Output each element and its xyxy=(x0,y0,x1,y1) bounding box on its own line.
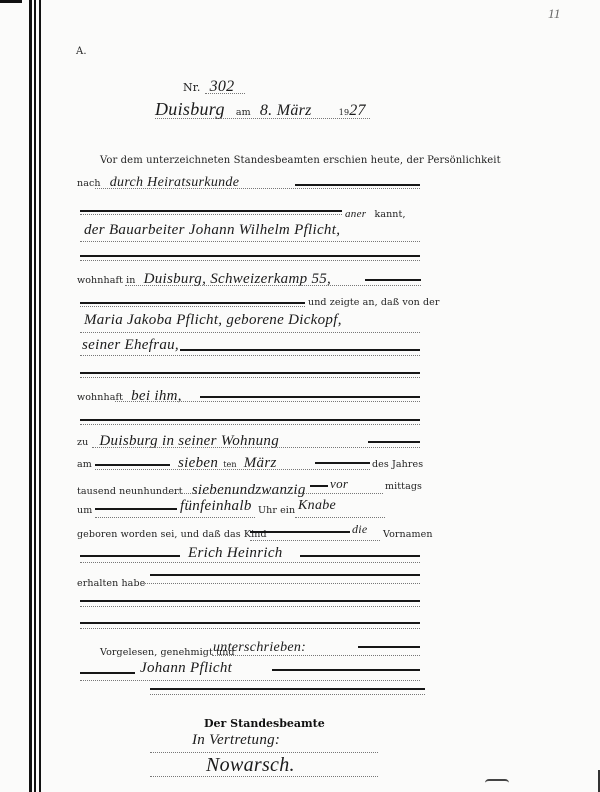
vertretung-dotline xyxy=(150,752,378,753)
year-suffix: 27 xyxy=(349,102,366,119)
sig-strike-bottom xyxy=(150,688,425,690)
names-dotline xyxy=(80,562,420,563)
sig-dotline-bottom xyxy=(150,694,425,695)
nr-dotline xyxy=(205,93,245,94)
in-vertretung: In Vertretung: xyxy=(192,732,280,749)
mittags-label: mittags xyxy=(385,481,422,492)
nach-dotline xyxy=(95,188,420,189)
kannt-strike xyxy=(80,210,342,212)
sig-dotline xyxy=(80,680,420,681)
erhalten-label: erhalten habe xyxy=(77,578,145,589)
tausend-label: tausend neunhundert xyxy=(77,486,183,497)
child-sex: Knabe xyxy=(298,498,336,514)
kannt-line: aner kannt, xyxy=(345,202,406,221)
am-dotline xyxy=(95,469,370,470)
mother-dotline xyxy=(80,332,420,333)
mother-name: Maria Jakoba Pflicht, geborene Dickopf, xyxy=(84,312,342,329)
form-letter: A. xyxy=(76,46,87,57)
informant-name: der Bauarbeiter Johann Wilhelm Pflicht, xyxy=(84,222,340,239)
sig-strike-left xyxy=(80,672,135,674)
sig-strike-right xyxy=(272,669,420,671)
kannt-prefix: aner xyxy=(345,208,366,220)
person-strike xyxy=(80,255,420,257)
place-value: Duisburg xyxy=(155,99,225,119)
wohnhaft-strike xyxy=(200,396,420,398)
year-strike xyxy=(310,485,328,487)
blank-dotline-4 xyxy=(80,628,420,629)
vorgelesen-value: unterschrieben: xyxy=(213,640,306,656)
person-dotline xyxy=(80,241,420,242)
year-dotline xyxy=(165,493,383,494)
place-dotline xyxy=(155,118,370,119)
geboren-strike xyxy=(250,531,350,533)
nach-strike xyxy=(295,184,420,186)
am-label: am xyxy=(236,107,251,118)
um-strike xyxy=(95,508,177,510)
names-strike-right xyxy=(300,555,420,557)
zeigte-strike xyxy=(80,302,305,304)
geboren-dotline xyxy=(250,540,380,541)
blank-strike-1 xyxy=(80,372,420,374)
margin-line-2 xyxy=(34,0,36,792)
um-label: um xyxy=(77,505,92,516)
relation-strike xyxy=(180,349,420,351)
year-words: siebenundzwanzig xyxy=(192,482,306,498)
kannt-label: kannt, xyxy=(374,209,405,220)
vornamen-prefix: die xyxy=(352,522,368,537)
ten-label: ten xyxy=(223,460,236,469)
blank-dotline-3 xyxy=(80,606,420,607)
relation-value: seiner Ehefrau, xyxy=(82,337,179,354)
intro-text: Vor dem unterzeichneten Standesbeamten e… xyxy=(100,155,501,166)
zeigte-an-text: und zeigte an, daß von der xyxy=(308,297,440,308)
time-value: fünfeinhalb xyxy=(180,498,252,515)
informant-signature: Johann Pflicht xyxy=(140,660,232,677)
blank-strike-3 xyxy=(80,600,420,602)
blank-strike-4 xyxy=(80,622,420,624)
sex-dotline xyxy=(295,517,385,518)
erhalten-strike xyxy=(150,574,420,576)
zu-label: zu xyxy=(77,437,88,448)
kannt-dotline xyxy=(80,214,342,215)
wohnhaft-in-dotline xyxy=(125,285,421,286)
names-strike-left xyxy=(80,555,180,557)
bottom-faint-mark xyxy=(485,779,509,783)
child-names: Erich Heinrich xyxy=(188,545,283,562)
wohnhaft-line: wohnhaft bei ihm, xyxy=(77,385,182,405)
uhr-ein-label: Uhr ein xyxy=(258,505,295,516)
date-value: 8. März xyxy=(260,102,312,119)
blank-strike-2 xyxy=(80,419,420,421)
nr-label: Nr. xyxy=(183,81,200,94)
official-title: Der Standesbeamte xyxy=(204,717,325,730)
month-strike xyxy=(315,462,370,464)
am-strike xyxy=(95,464,170,466)
relation-dotline xyxy=(80,355,420,356)
um-dotline xyxy=(95,517,255,518)
mittags-prefix: vor xyxy=(330,476,348,492)
zu-dotline xyxy=(92,447,420,448)
zu-strike xyxy=(368,441,420,443)
vorgelesen-dotline xyxy=(212,655,420,656)
vornamen-label: Vornamen xyxy=(383,529,433,540)
signature-dotline xyxy=(150,776,378,777)
year-prefix: 19 xyxy=(339,108,349,117)
place-date-line: Duisburg am 8. März 1927 xyxy=(155,99,455,120)
zeigte-dotline xyxy=(80,306,305,307)
official-signature: Nowarsch. xyxy=(206,754,295,777)
vorgelesen-strike xyxy=(358,646,420,648)
geboren-text: geboren worden sei, und daß das Kind xyxy=(77,529,267,540)
margin-line-3 xyxy=(39,0,41,792)
blank-dotline-1 xyxy=(80,377,420,378)
des-jahres-label: des Jahres xyxy=(372,459,423,470)
year-line: tausend neunhundert siebenundzwanzig xyxy=(77,479,306,499)
wohnhaft-dotline xyxy=(115,401,420,402)
corner-mark-line xyxy=(0,0,22,3)
wohnhaft-in-strike xyxy=(365,279,421,281)
am-label: am xyxy=(77,459,92,470)
blank-dotline-2 xyxy=(80,424,420,425)
margin-line-1 xyxy=(29,0,32,792)
person-dotline-2 xyxy=(80,260,420,261)
erhalten-dotline xyxy=(140,583,420,584)
corner-page-mark: 11 xyxy=(548,6,561,22)
